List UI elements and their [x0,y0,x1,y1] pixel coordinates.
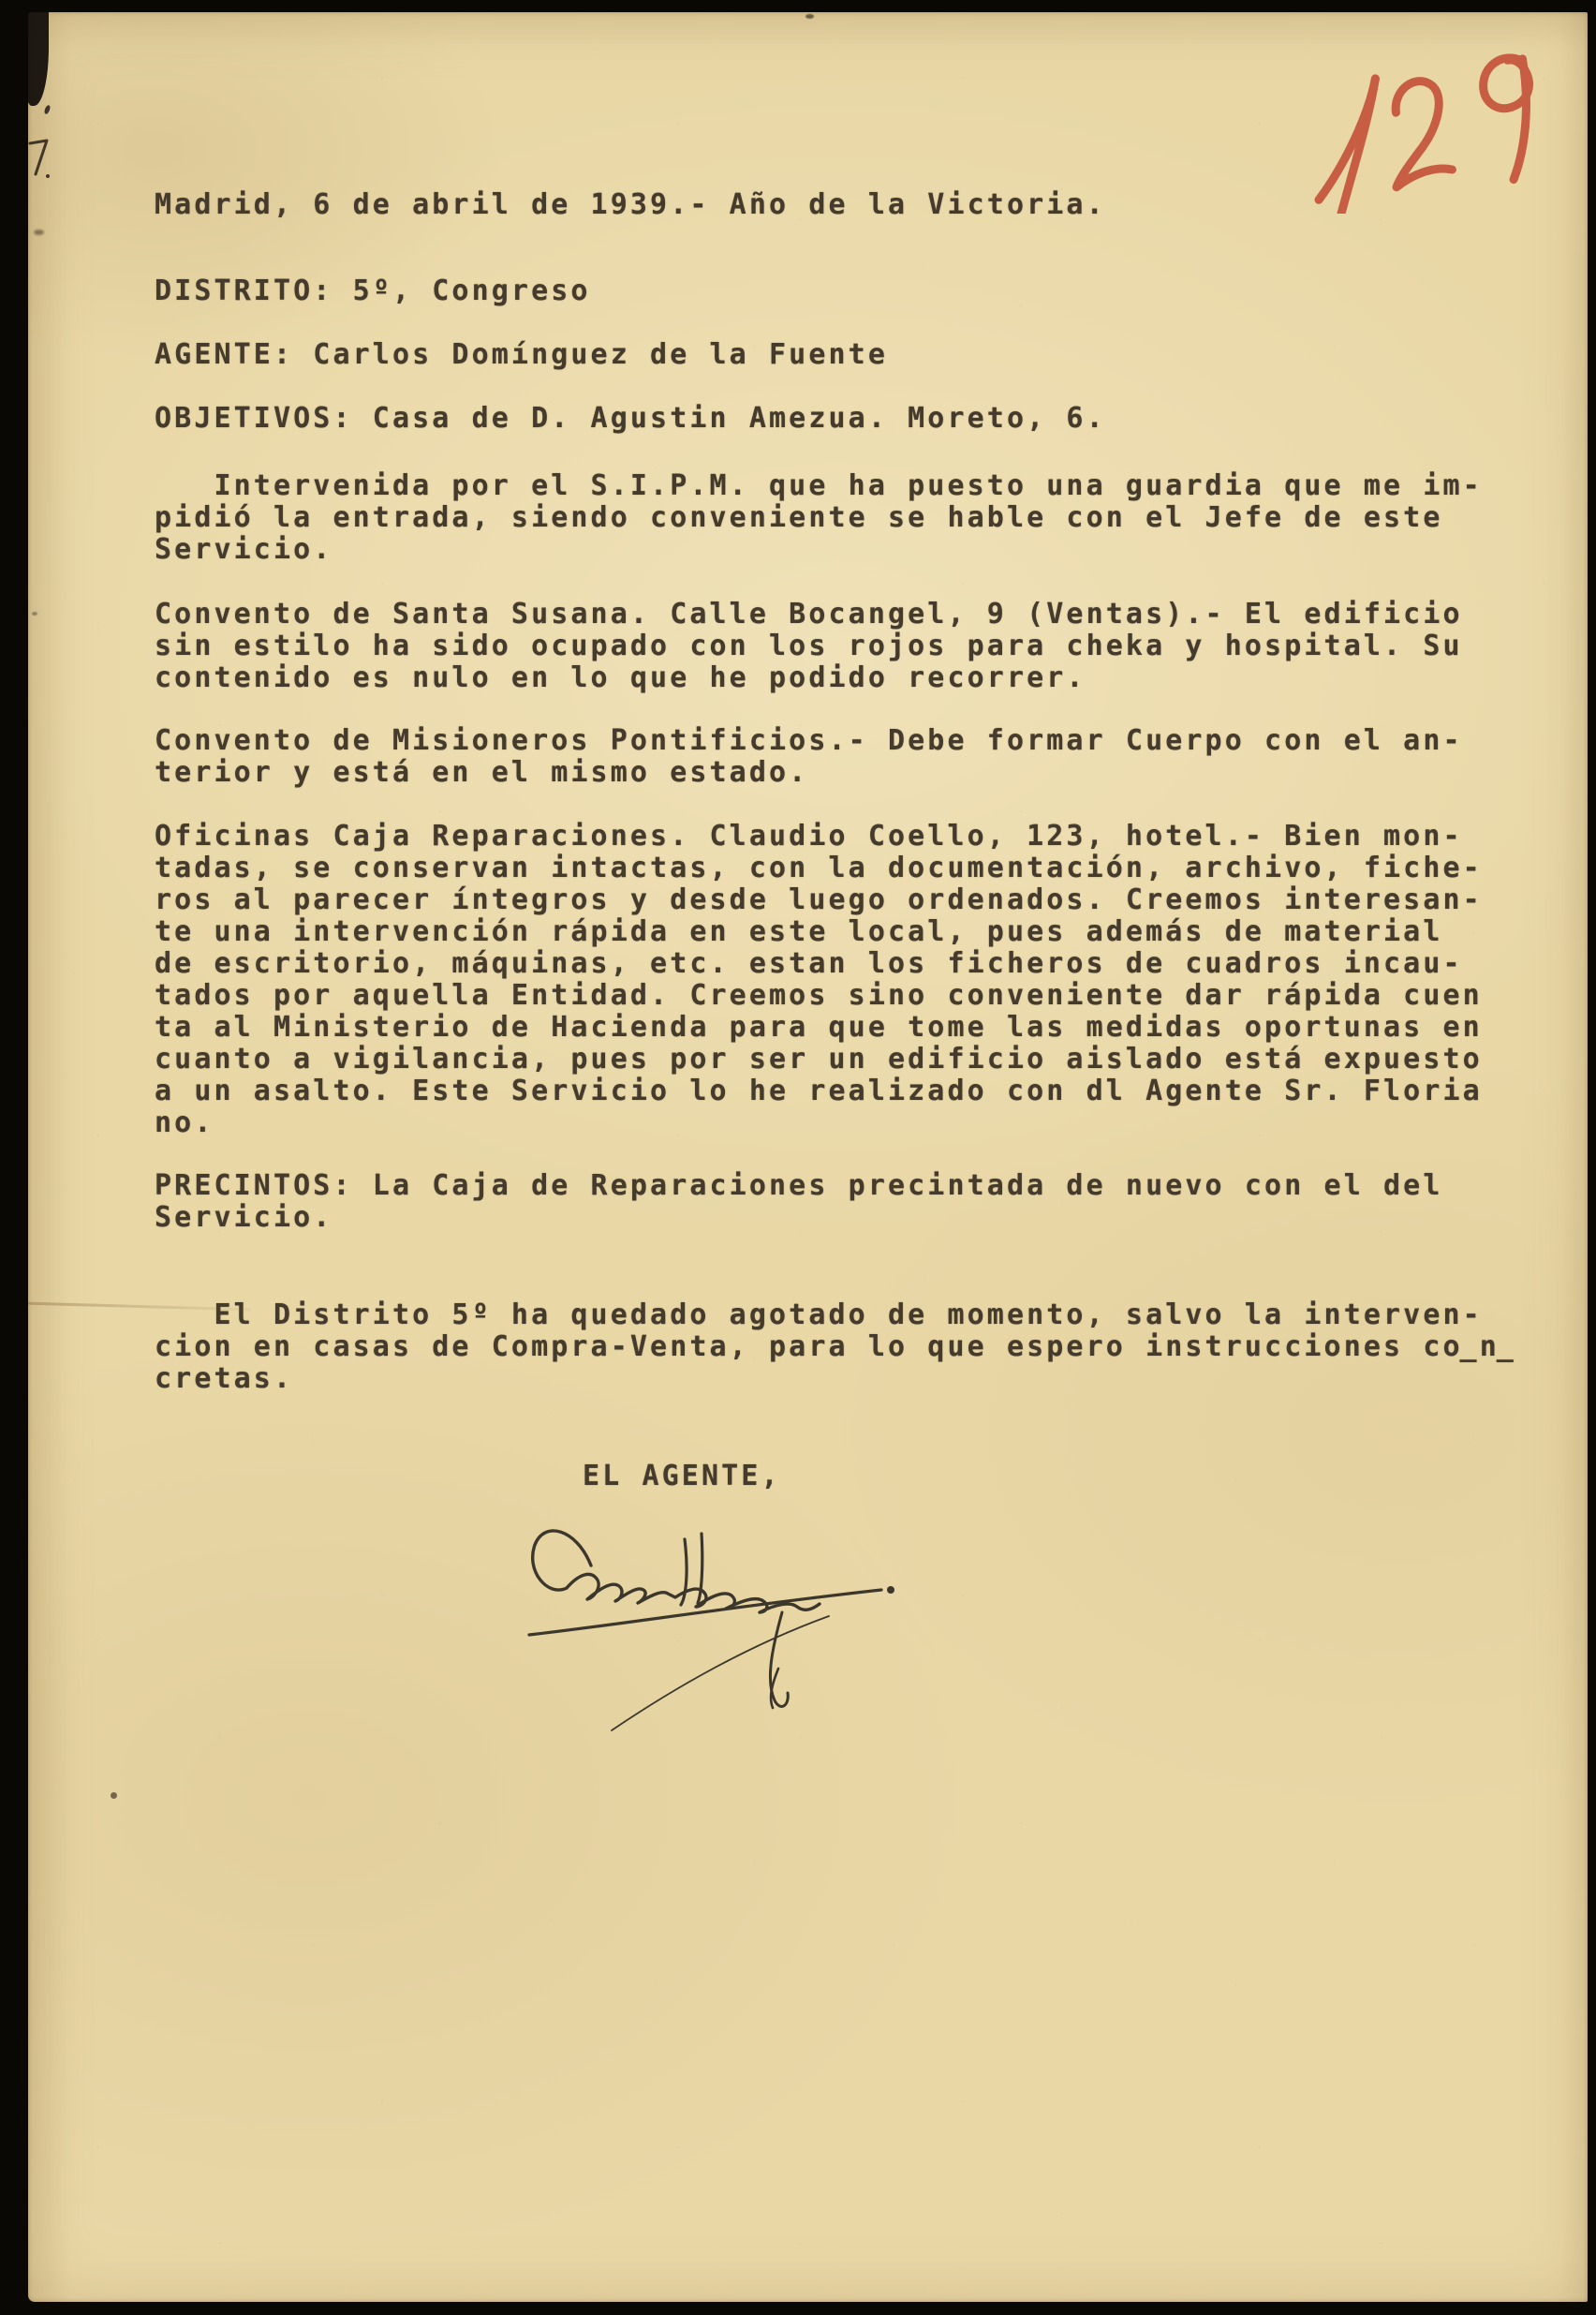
ink-speck [43,104,51,114]
paragraph-distrito-agotado: El Distrito 5º ha quedado agotado de mom… [155,1299,1541,1395]
margin-pen-mark [28,137,52,184]
paragraph-oficinas-caja-reparaciones: Oficinas Caja Reparaciones. Claudio Coel… [155,821,1541,1139]
ink-speck [32,612,37,616]
red-crayon-129-drawing [1289,36,1579,214]
handwritten-page-number [1289,36,1579,214]
district-line: DISTRITO: 5º, Congreso [155,275,1541,307]
paper-sheet: Madrid, 6 de abril de 1939.- Año de la V… [28,12,1588,2302]
ink-speck [111,1792,117,1799]
scan-edge-notch [24,8,49,106]
paragraph-precintos: PRECINTOS: La Caja de Reparaciones preci… [155,1170,1541,1234]
handwritten-signature [501,1485,913,1747]
ink-speck [805,14,814,19]
paragraph-convento-misioneros: Convento de Misioneros Pontificios.- Deb… [155,725,1541,789]
objectives-line: OBJETIVOS: Casa de D. Agustin Amezua. Mo… [155,403,1541,435]
signature-ink-drawing [501,1485,913,1747]
paragraph-convento-santa-susana: Convento de Santa Susana. Calle Bocangel… [155,599,1541,694]
dateline: Madrid, 6 de abril de 1939.- Año de la V… [155,189,1541,221]
paragraph-intervenida: Intervenida por el S.I.P.M. que ha puest… [155,470,1541,566]
scanned-document-page: { "colors": { "paper": "#e9d7a6", "ink":… [0,0,1596,2315]
ink-speck [34,230,44,235]
margin-mark-drawing [28,137,52,180]
agent-line: AGENTE: Carlos Domínguez de la Fuente [155,339,1541,371]
